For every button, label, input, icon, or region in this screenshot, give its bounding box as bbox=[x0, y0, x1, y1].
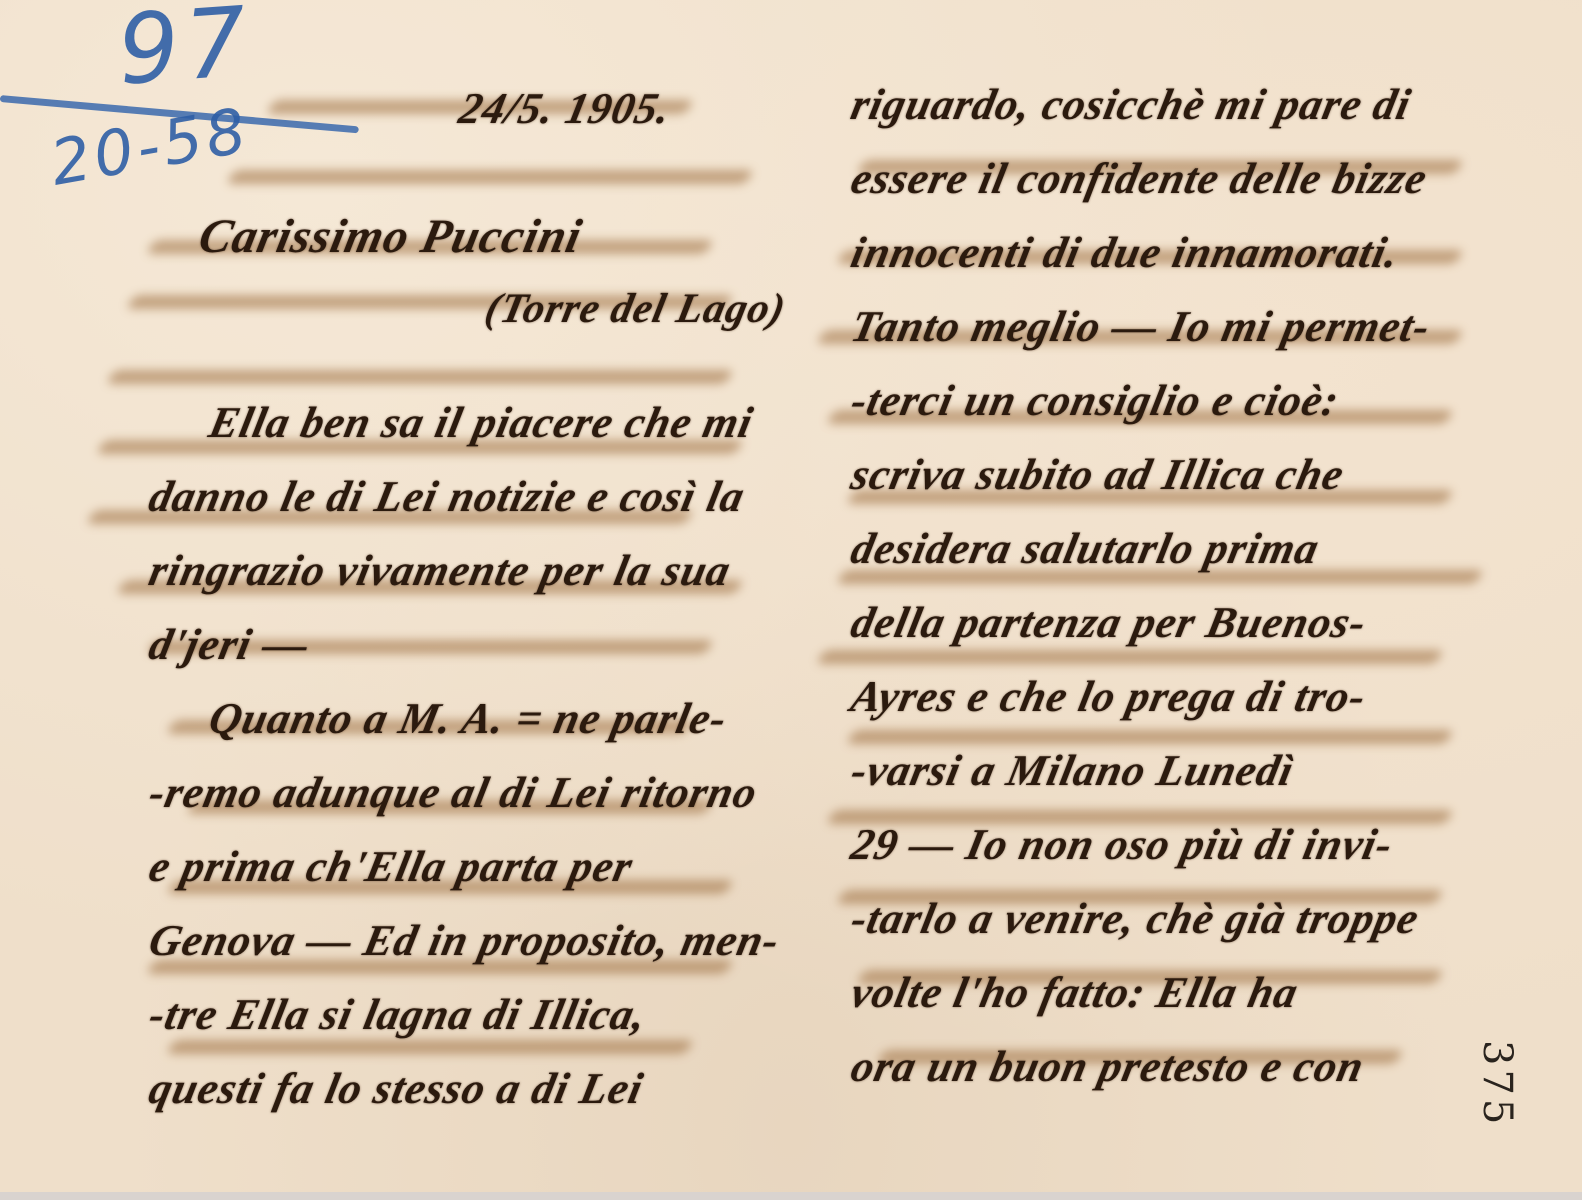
letter-location: (Torre del Lago) bbox=[486, 272, 785, 346]
text-line: e prima ch'Ella parta per bbox=[142, 830, 787, 904]
text-line: -tre Ella si lagna di Illica, bbox=[142, 978, 787, 1052]
text-line: Genova — Ed in proposito, men- bbox=[142, 904, 787, 978]
text-line: danno le di Lei notizie e così la bbox=[142, 460, 787, 534]
left-column: Ella ben sa il piacere che mi danno le d… bbox=[150, 386, 779, 1126]
text-line: -remo adunque al di Lei ritorno bbox=[142, 756, 787, 830]
text-line: d'jeri — bbox=[142, 608, 787, 682]
text-line: scriva subito ad Illica che bbox=[844, 438, 1437, 512]
scan-bottom-edge bbox=[0, 1192, 1582, 1200]
text-line: -terci un consiglio e cioè: bbox=[844, 364, 1437, 438]
text-line: essere il confidente delle bizze bbox=[844, 142, 1437, 216]
text-line: riguardo, cosicchè mi pare di bbox=[844, 68, 1437, 142]
folio-number: 375 bbox=[1474, 1040, 1520, 1128]
text-line: innocenti di due innamorati. bbox=[844, 216, 1437, 290]
letter-date: 24/5. 1905. bbox=[460, 72, 670, 146]
text-line: Ella ben sa il piacere che mi bbox=[142, 386, 787, 460]
text-line: 29 — Io non oso più di invi- bbox=[844, 808, 1437, 882]
text-line: desidera salutarlo prima bbox=[844, 512, 1437, 586]
text-line: questi fa lo stesso a di Lei bbox=[142, 1052, 787, 1126]
text-line: ringrazio vivamente per la sua bbox=[142, 534, 787, 608]
text-line: volte l'ho fatto: Ella ha bbox=[844, 956, 1437, 1030]
location-text: (Torre del Lago) bbox=[478, 272, 793, 346]
right-column: riguardo, cosicchè mi pare di essere il … bbox=[852, 68, 1430, 1104]
text-line: della partenza per Buenos- bbox=[844, 586, 1437, 660]
text-line: Quanto a M. A. = ne parle- bbox=[142, 682, 787, 756]
salutation-text: Carissimo Puccini bbox=[192, 200, 589, 274]
archival-number-top: 97 bbox=[114, 0, 256, 107]
text-line: Ayres e che lo prega di tro- bbox=[844, 660, 1437, 734]
letter-page: 97 20-58 24/5. 1905. Carissimo Puccini (… bbox=[0, 0, 1582, 1192]
text-line: ora un buon pretesto e con bbox=[844, 1030, 1437, 1104]
text-line: -tarlo a venire, chè già troppe bbox=[844, 882, 1437, 956]
letter-salutation: Carissimo Puccini bbox=[200, 200, 581, 274]
date-text: 24/5. 1905. bbox=[452, 72, 678, 146]
text-line: Tanto meglio — Io mi permet- bbox=[844, 290, 1437, 364]
text-line: -varsi a Milano Lunedì bbox=[844, 734, 1437, 808]
